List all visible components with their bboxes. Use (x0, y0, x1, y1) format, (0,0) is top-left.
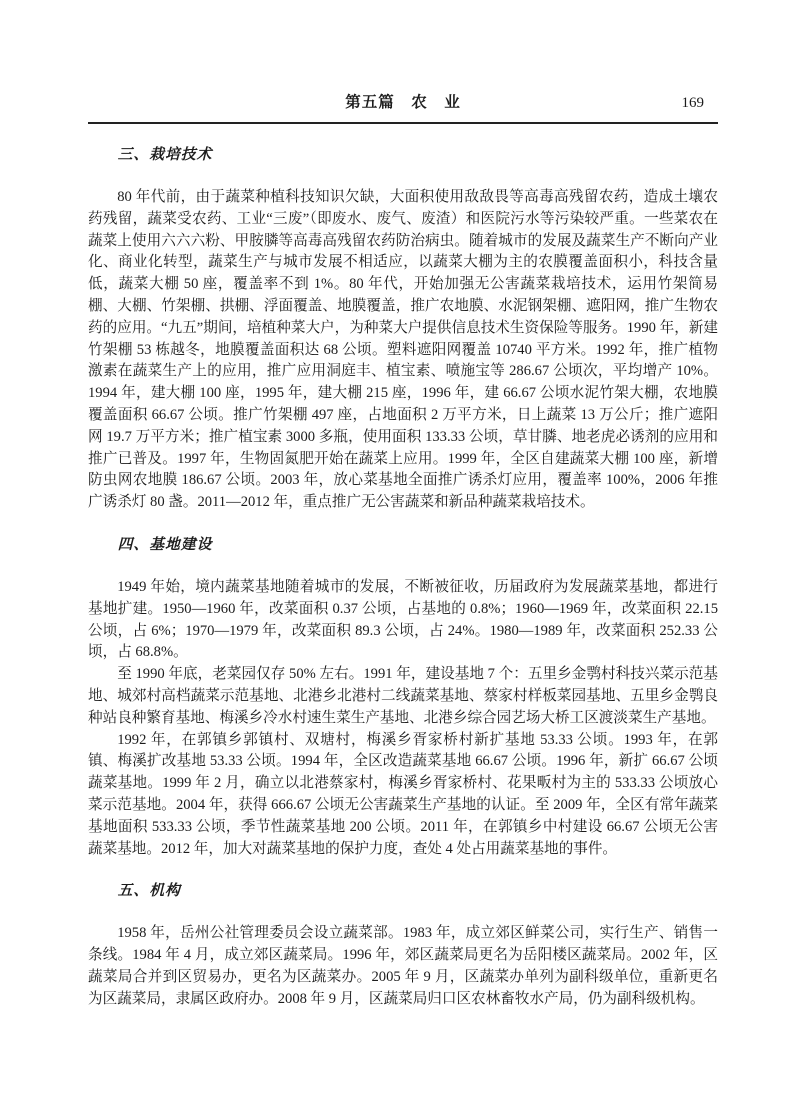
section-base-construction: 四、基地建设 1949 年始，境内蔬菜基地随着城市的发展，不断被征收，历届政府为… (88, 535, 718, 860)
chapter-title: 第五篇 农 业 (88, 92, 718, 114)
paragraph: 1992 年，在郭镇乡郭镇村、双塘村，梅溪乡胥家桥村新扩基地 53.33 公顷。… (88, 730, 718, 861)
book-page: 第五篇 农 业 169 三、栽培技术 80 年代前，由于蔬菜种植科技知识欠缺，大… (0, 0, 805, 1099)
section-institutions: 五、机构 1958 年，岳州公社管理委员会设立蔬菜部。1983 年，成立郊区鲜菜… (88, 881, 718, 1010)
page-number: 169 (682, 92, 705, 114)
paragraph: 80 年代前，由于蔬菜种植科技知识欠缺，大面积使用敌敌畏等高毒高残留农药，造成土… (88, 187, 718, 514)
header-rule (88, 122, 718, 124)
page-body: 三、栽培技术 80 年代前，由于蔬菜种植科技知识欠缺，大面积使用敌敌畏等高毒高残… (88, 145, 718, 1011)
page-content: 第五篇 农 业 169 三、栽培技术 80 年代前，由于蔬菜种植科技知识欠缺，大… (88, 92, 718, 1011)
section-heading-institutions: 五、机构 (88, 881, 718, 902)
paragraph: 1949 年始，境内蔬菜基地随着城市的发展，不断被征收，历届政府为发展蔬菜基地，… (88, 577, 718, 664)
page-header: 第五篇 农 业 169 (88, 92, 718, 118)
section-heading-base-construction: 四、基地建设 (88, 535, 718, 556)
paragraph: 1958 年，岳州公社管理委员会设立蔬菜部。1983 年，成立郊区鲜菜公司，实行… (88, 923, 718, 1010)
section-heading-cultivation-techniques: 三、栽培技术 (88, 145, 718, 166)
section-cultivation-techniques: 三、栽培技术 80 年代前，由于蔬菜种植科技知识欠缺，大面积使用敌敌畏等高毒高残… (88, 145, 718, 514)
paragraph: 至 1990 年底，老菜园仅存 50% 左右。1991 年，建设基地 7 个：五… (88, 664, 718, 729)
